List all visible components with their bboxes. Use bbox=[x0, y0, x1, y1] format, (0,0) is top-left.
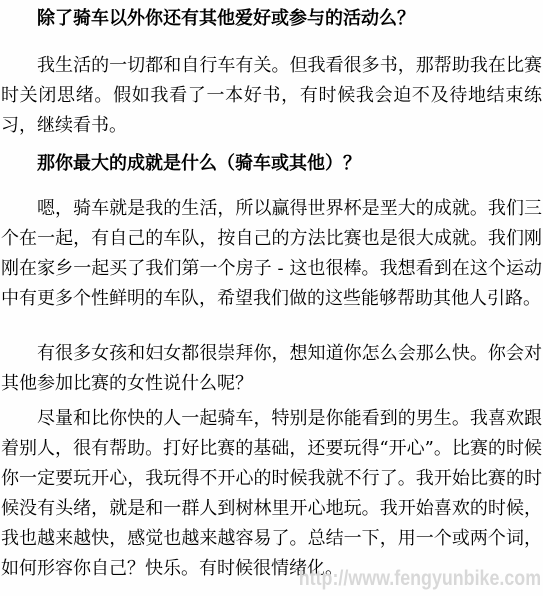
answer-2: 嗯，骑车就是我的生活，所以赢得世界杯是垩大的成就。我们三个在一起，有自己的车队，… bbox=[1, 194, 542, 314]
article-page: 除了骑车以外你还有其他爱好或参与的活动么？ 我生活的一切都和自行车有关。但我看很… bbox=[0, 0, 543, 596]
question-3: 有很多女孩和妇女都很崇拜你，想知道你怎么会那么快。你会对其他参加比赛的女性说什么… bbox=[1, 339, 542, 399]
question-1: 除了骑车以外你还有其他爱好或参与的活动么？ bbox=[1, 4, 542, 34]
interview-article: 除了骑车以外你还有其他爱好或参与的活动么？ 我生活的一切都和自行车有关。但我看很… bbox=[0, 0, 543, 584]
watermark-url: http://www.fengyunbike.com bbox=[299, 567, 541, 591]
answer-3: 尽量和比你快的人一起骑车，特别是你能看到的男生。我喜欢跟着别人，很有帮助。打好比… bbox=[1, 404, 542, 584]
answer-1: 我生活的一切都和自行车有关。但我看很多书，那帮助我在比赛时关闭思绪。假如我看了一… bbox=[1, 51, 542, 141]
question-2: 那你最大的成就是什么（骑车或其他）？ bbox=[1, 149, 542, 179]
